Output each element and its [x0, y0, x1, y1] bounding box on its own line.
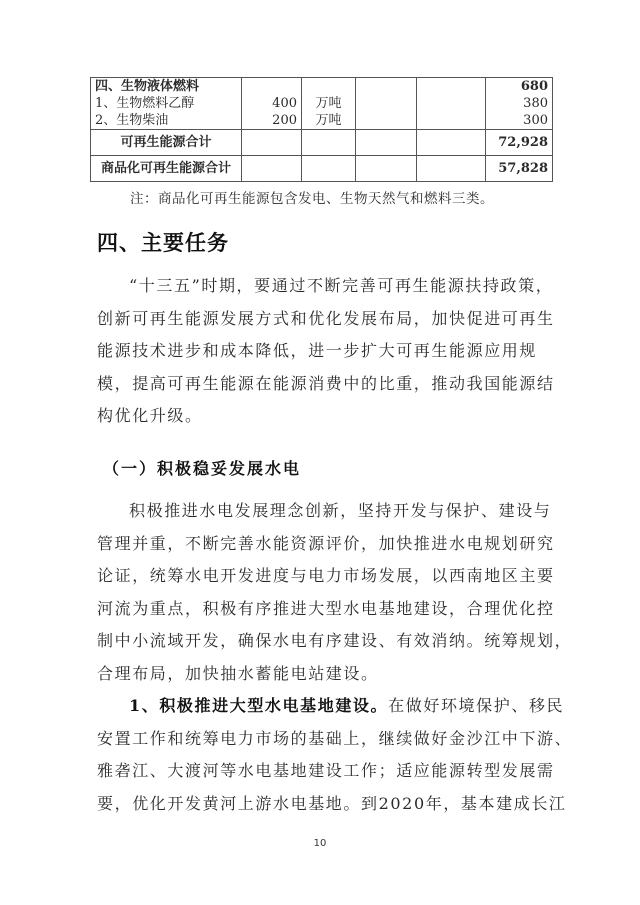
paragraph-line: 合理布局，加快抽水蓄能电站建设。 [97, 658, 545, 691]
paragraph-line: 制中小流域开发，确保水电有序建设、有效消纳。统筹规划， [97, 625, 545, 658]
renewable-energy-table: 四、生物液体燃料 1、生物燃料乙醇 2、生物柴油 400 200 万吨 万吨 6… [90, 77, 553, 182]
item-value: 300 [490, 112, 548, 129]
table-row-renewable-total: 可再生能源合计 72,928 [91, 130, 553, 156]
paragraph-line: 创新可再生能源发展方式和优化发展布局，加快促进可再生 [97, 303, 545, 336]
paragraph-line: 雅砻江、大渡河等水电基地建设工作；适应能源转型发展需 [97, 755, 545, 788]
table-cell-units: 万吨 万吨 [302, 78, 356, 130]
item-quantity: 200 [246, 112, 297, 129]
item1-first-line: 在做好环境保护、移民 [388, 696, 564, 715]
document-page: 四、生物液体燃料 1、生物燃料乙醇 2、生物柴油 400 200 万吨 万吨 6… [0, 0, 640, 905]
item1-lead: 1、积极推进大型水电基地建设。 [129, 696, 388, 715]
total-label: 可再生能源合计 [91, 130, 242, 156]
paragraph-line: “十三五”时期，要通过不断完善可再生能源扶持政策， [97, 270, 545, 303]
item-quantity: 400 [246, 95, 297, 112]
intro-paragraph: “十三五”时期，要通过不断完善可再生能源扶持政策， 创新可再生能源发展方式和优化… [97, 270, 545, 433]
table-note: 注：商品化可再生能源包含发电、生物天然气和燃料三类。 [130, 187, 494, 207]
paragraph-line: 要，优化开发黄河上游水电基地。到2020年，基本建成长江 [97, 788, 545, 821]
paragraph-line: 能源技术进步和成本降低，进一步扩大可再生能源应用规 [97, 335, 545, 368]
paragraph-line: 1、积极推进大型水电基地建设。在做好环境保护、移民 [97, 690, 545, 723]
paragraph-line: 河流为重点，积极有序推进大型水电基地建设，合理优化控 [97, 593, 545, 626]
paragraph-line: 积极推进水电发展理念创新，坚持开发与保护、建设与 [97, 495, 545, 528]
item-name: 1、生物燃料乙醇 [95, 95, 237, 112]
group-total: 680 [490, 78, 548, 95]
total-label: 商品化可再生能源合计 [91, 156, 242, 182]
table-cell-quantities: 400 200 [242, 78, 302, 130]
paragraph-line: 安置工作和统筹电力市场的基础上，继续做好金沙江中下游、 [97, 723, 545, 756]
table-row-commercial-total: 商品化可再生能源合计 57,828 [91, 156, 553, 182]
table-cell-values: 680 380 300 [486, 78, 553, 130]
item-unit: 万吨 [306, 112, 351, 129]
table-cell-empty [356, 78, 417, 130]
item-unit: 万吨 [306, 95, 351, 112]
paragraph-line: 论证，统筹水电开发进度与电力市场发展，以西南地区主要 [97, 560, 545, 593]
total-value: 57,828 [486, 156, 553, 182]
section-heading: 四、主要任务 [97, 227, 229, 257]
paragraph-line: 构优化升级。 [97, 400, 545, 433]
item-name: 2、生物柴油 [95, 112, 237, 129]
table-cell-names: 四、生物液体燃料 1、生物燃料乙醇 2、生物柴油 [91, 78, 242, 130]
subsection-heading: （一）积极稳妥发展水电 [103, 456, 301, 479]
page-number: 10 [0, 838, 640, 849]
table-row-biofuel-group: 四、生物液体燃料 1、生物燃料乙醇 2、生物柴油 400 200 万吨 万吨 6… [91, 78, 553, 130]
item1-paragraph: 1、积极推进大型水电基地建设。在做好环境保护、移民 安置工作和统筹电力市场的基础… [97, 690, 545, 820]
paragraph-line: 管理并重，不断完善水能资源评价，加快推进水电规划研究 [97, 528, 545, 561]
group-title: 四、生物液体燃料 [95, 78, 237, 95]
hydro-paragraph: 积极推进水电发展理念创新，坚持开发与保护、建设与 管理并重，不断完善水能资源评价… [97, 495, 545, 690]
total-value: 72,928 [486, 130, 553, 156]
paragraph-line: 模，提高可再生能源在能源消费中的比重，推动我国能源结 [97, 368, 545, 401]
table-cell-empty [417, 78, 486, 130]
item-value: 380 [490, 95, 548, 112]
